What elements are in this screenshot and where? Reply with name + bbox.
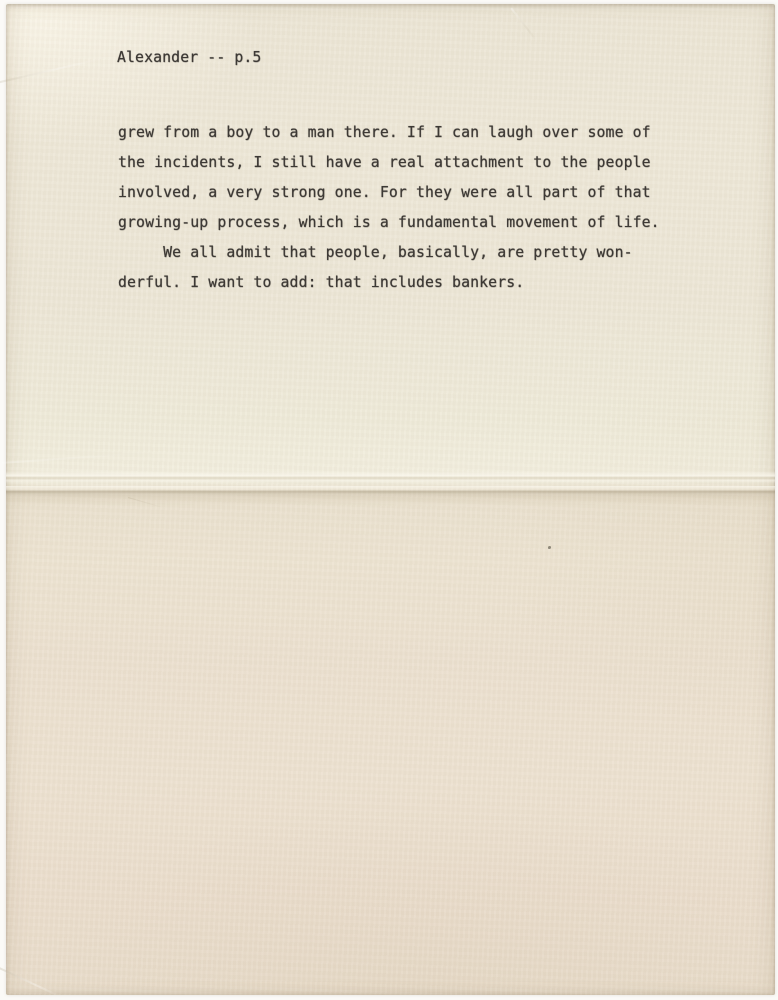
typewritten-line: derful. I want to add: that includes ban… — [118, 268, 660, 298]
scan-background: { "document": { "header": "Alexander -- … — [0, 0, 778, 1000]
typewritten-paragraphs: grew from a boy to a man there. If I can… — [118, 118, 660, 299]
typewritten-line: growing-up process, which is a fundament… — [118, 208, 660, 238]
page-header: Alexander -- p.5 — [117, 50, 261, 66]
typewritten-line: involved, a very strong one. For they we… — [118, 178, 660, 208]
typewritten-line: We all admit that people, basically, are… — [118, 238, 660, 268]
typewritten-line: grew from a boy to a man there. If I can… — [118, 118, 660, 148]
typewritten-line: the incidents, I still have a real attac… — [118, 148, 660, 178]
